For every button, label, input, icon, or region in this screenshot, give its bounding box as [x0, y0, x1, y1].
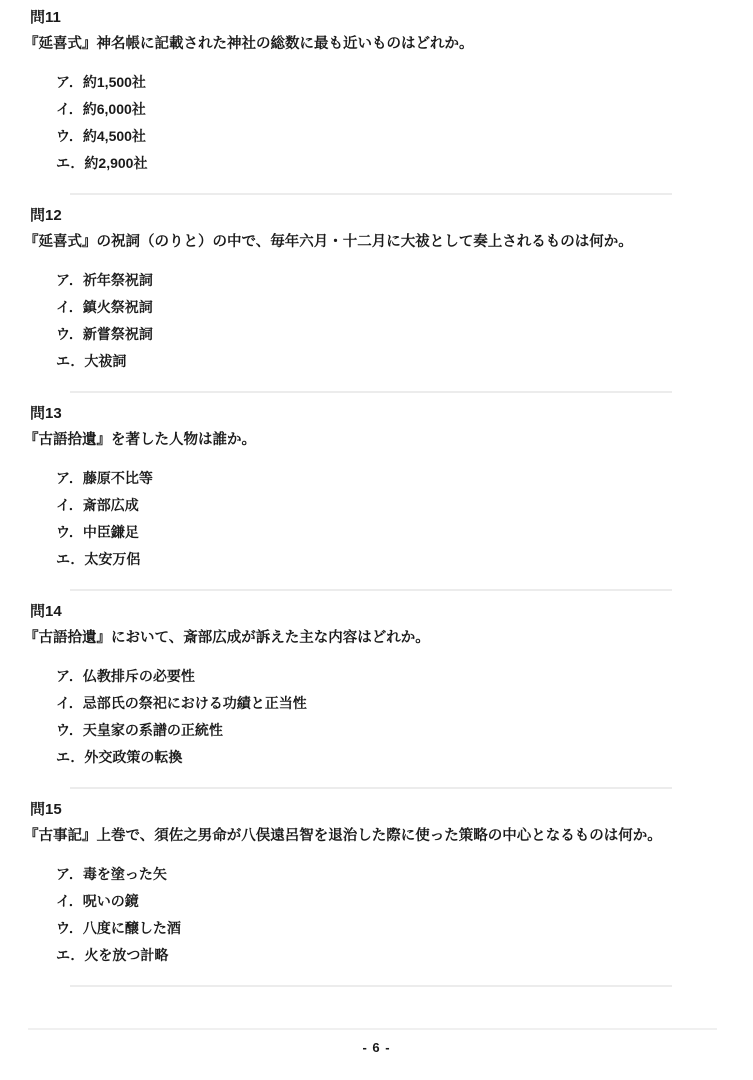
- option-i: イ．鎮火祭祝詞: [56, 294, 753, 321]
- option-e: エ．外交政策の転換: [56, 744, 753, 771]
- option-i: イ．忌部氏の祭祀における功績と正当性: [56, 690, 753, 717]
- option-label: エ．: [56, 348, 84, 375]
- question-text: 『延喜式』神名帳に記載された神社の総数に最も近いものはどれか。: [24, 34, 753, 54]
- option-text: 約6,000社: [83, 101, 146, 117]
- question-text: 『延喜式』の祝詞（のりと）の中で、毎年六月・十二月に大祓として奏上されるものは何…: [24, 232, 753, 252]
- option-label: エ．: [56, 744, 84, 771]
- option-list: ア．毒を塗った矢 イ．呪いの鏡 ウ．八度に醸した酒 エ．火を放つ計略: [56, 861, 753, 969]
- question-separator: [70, 985, 672, 987]
- option-text: 藤原不比等: [83, 470, 153, 486]
- question-separator: [70, 391, 672, 393]
- option-label: エ．: [56, 942, 84, 969]
- option-text: 毒を塗った矢: [83, 866, 167, 882]
- option-label: ア．: [56, 465, 83, 492]
- question-block-15: 問15 『古事記』上巻で、須佐之男命が八俣遠呂智を退治した際に使った策略の中心と…: [0, 800, 753, 987]
- option-text: 大祓詞: [84, 353, 126, 369]
- option-e: エ．火を放つ計略: [56, 942, 753, 969]
- question-separator: [70, 787, 672, 789]
- option-list: ア．仏教排斥の必要性 イ．忌部氏の祭祀における功績と正当性 ウ．天皇家の系譜の正…: [56, 663, 753, 771]
- question-block-13: 問13 『古語拾遺』を著した人物は誰か。 ア．藤原不比等 イ．斎部広成 ウ．中臣…: [0, 404, 753, 591]
- option-list: ア．約1,500社 イ．約6,000社 ウ．約4,500社 エ．約2,900社: [56, 69, 753, 177]
- option-u: ウ．八度に醸した酒: [56, 915, 753, 942]
- option-label: エ．: [56, 150, 84, 177]
- option-text: 約4,500社: [83, 128, 146, 144]
- option-e: エ．大祓詞: [56, 348, 753, 375]
- option-label: ウ．: [56, 915, 83, 942]
- option-text: 太安万侶: [84, 551, 140, 567]
- option-text: 斎部広成: [83, 497, 139, 513]
- option-a: ア．藤原不比等: [56, 465, 753, 492]
- option-text: 呪いの鏡: [83, 893, 139, 909]
- option-i: イ．呪いの鏡: [56, 888, 753, 915]
- option-label: ウ．: [56, 321, 83, 348]
- option-label: エ．: [56, 546, 84, 573]
- option-label: ア．: [56, 267, 83, 294]
- question-number: 問15: [30, 800, 753, 820]
- question-text: 『古語拾遺』において、斎部広成が訴えた主な内容はどれか。: [24, 628, 753, 648]
- option-text: 忌部氏の祭祀における功績と正当性: [83, 695, 307, 711]
- question-number: 問11: [30, 8, 753, 28]
- page-footer: - 6 -: [0, 1028, 753, 1055]
- option-u: ウ．天皇家の系譜の正統性: [56, 717, 753, 744]
- option-label: ウ．: [56, 123, 83, 150]
- question-text: 『古事記』上巻で、須佐之男命が八俣遠呂智を退治した際に使った策略の中心となるもの…: [24, 826, 753, 846]
- option-text: 天皇家の系譜の正統性: [83, 722, 223, 738]
- option-text: 仏教排斥の必要性: [83, 668, 195, 684]
- option-text: 火を放つ計略: [84, 947, 168, 963]
- option-list: ア．祈年祭祝詞 イ．鎮火祭祝詞 ウ．新嘗祭祝詞 エ．大祓詞: [56, 267, 753, 375]
- option-label: ア．: [56, 663, 83, 690]
- option-text: 約2,900社: [84, 155, 147, 171]
- question-number: 問12: [30, 206, 753, 226]
- footer-rule: [28, 1028, 717, 1030]
- option-a: ア．約1,500社: [56, 69, 753, 96]
- option-list: ア．藤原不比等 イ．斎部広成 ウ．中臣鎌足 エ．太安万侶: [56, 465, 753, 573]
- question-block-11: 問11 『延喜式』神名帳に記載された神社の総数に最も近いものはどれか。 ア．約1…: [0, 8, 753, 195]
- question-separator: [70, 589, 672, 591]
- option-u: ウ．新嘗祭祝詞: [56, 321, 753, 348]
- option-text: 新嘗祭祝詞: [83, 326, 153, 342]
- question-number: 問13: [30, 404, 753, 424]
- option-text: 約1,500社: [83, 74, 146, 90]
- question-text: 『古語拾遺』を著した人物は誰か。: [24, 430, 753, 450]
- option-label: ウ．: [56, 519, 83, 546]
- question-separator: [70, 193, 672, 195]
- option-label: ア．: [56, 69, 83, 96]
- option-i: イ．約6,000社: [56, 96, 753, 123]
- page-number: - 6 -: [0, 1040, 753, 1055]
- option-label: イ．: [56, 690, 83, 717]
- option-i: イ．斎部広成: [56, 492, 753, 519]
- option-u: ウ．約4,500社: [56, 123, 753, 150]
- option-label: イ．: [56, 96, 83, 123]
- option-label: ウ．: [56, 717, 83, 744]
- option-label: ア．: [56, 861, 83, 888]
- option-text: 祈年祭祝詞: [83, 272, 153, 288]
- option-label: イ．: [56, 888, 83, 915]
- question-block-14: 問14 『古語拾遺』において、斎部広成が訴えた主な内容はどれか。 ア．仏教排斥の…: [0, 602, 753, 789]
- option-text: 八度に醸した酒: [83, 920, 181, 936]
- option-label: イ．: [56, 294, 83, 321]
- option-e: エ．約2,900社: [56, 150, 753, 177]
- question-block-12: 問12 『延喜式』の祝詞（のりと）の中で、毎年六月・十二月に大祓として奏上される…: [0, 206, 753, 393]
- exam-page: 問11 『延喜式』神名帳に記載された神社の総数に最も近いものはどれか。 ア．約1…: [0, 8, 753, 1055]
- option-a: ア．仏教排斥の必要性: [56, 663, 753, 690]
- option-text: 外交政策の転換: [84, 749, 182, 765]
- option-u: ウ．中臣鎌足: [56, 519, 753, 546]
- option-a: ア．毒を塗った矢: [56, 861, 753, 888]
- option-e: エ．太安万侶: [56, 546, 753, 573]
- option-label: イ．: [56, 492, 83, 519]
- option-a: ア．祈年祭祝詞: [56, 267, 753, 294]
- option-text: 鎮火祭祝詞: [83, 299, 153, 315]
- question-number: 問14: [30, 602, 753, 622]
- option-text: 中臣鎌足: [83, 524, 139, 540]
